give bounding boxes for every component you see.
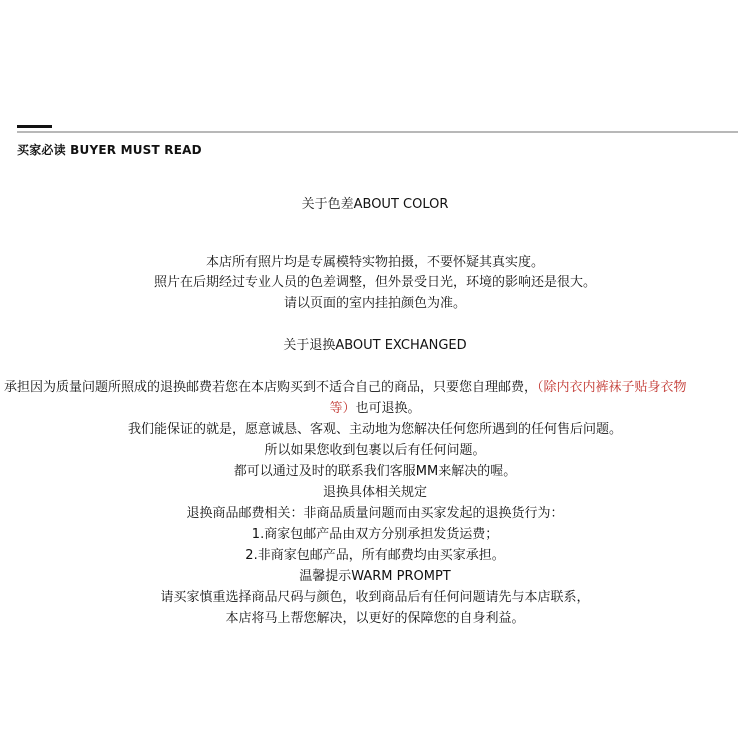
about-color-title: 关于色差ABOUT COLOR [0,195,750,215]
exchange-exception-end: 等） [329,401,355,416]
about-exchange-line-4: 所以如果您收到包裹以后有任何问题。 [0,441,750,461]
about-exchange-title: 关于退换ABOUT EXCHANGED [0,336,750,356]
accent-bar [17,125,52,128]
about-color-line-2: 照片在后期经过专业人员的色差调整，但外景受日光，环境的影响还是很大。 [0,273,750,293]
about-exchange-line-5: 都可以通过及时的联系我们客服MM来解决的喔。 [0,462,750,482]
exchange-exception-text: （除内衣内裤袜子贴身衣物 [537,380,687,395]
exchange-policy-text: 承担因为质量问题所照成的退换邮费若您在本店购买到不适合自己的商品，只要您自理邮费… [4,380,537,395]
rules-line-3: 2.非商家包邮产品，所有邮费均由买家承担。 [0,546,750,566]
warm-prompt-line-1: 请买家慎重选择商品尺码与颜色，收到商品后有任何问题请先与本店联系， [0,588,750,608]
warm-prompt-title: 温馨提示WARM PROMPT [0,567,750,587]
divider-rule [17,131,738,133]
rules-line-1: 退换商品邮费相关：非商品质量问题而由买家发起的退换货行为： [0,504,750,524]
exchange-also-ok: 也可退换。 [356,401,421,416]
about-exchange-line-1: 承担因为质量问题所照成的退换邮费若您在本店购买到不适合自己的商品，只要您自理邮费… [4,378,750,398]
about-color-line-1: 本店所有照片均是专属模特实物拍摄，不要怀疑其真实度。 [0,253,750,273]
about-exchange-line-3: 我们能保证的就是，愿意诚恳、客观、主动地为您解决任何您所遇到的任何售后问题。 [0,420,750,440]
warm-prompt-line-2: 本店将马上帮您解决，以更好的保障您的自身利益。 [0,609,750,629]
rules-line-2: 1.商家包邮产品由双方分别承担发货运费； [0,525,750,545]
rules-title: 退换具体相关规定 [0,483,750,503]
section-header: 买家必读 BUYER MUST READ [17,141,202,158]
about-exchange-line-2: 等）也可退换。 [0,399,750,419]
about-color-line-3: 请以页面的室内挂拍颜色为准。 [0,294,750,314]
